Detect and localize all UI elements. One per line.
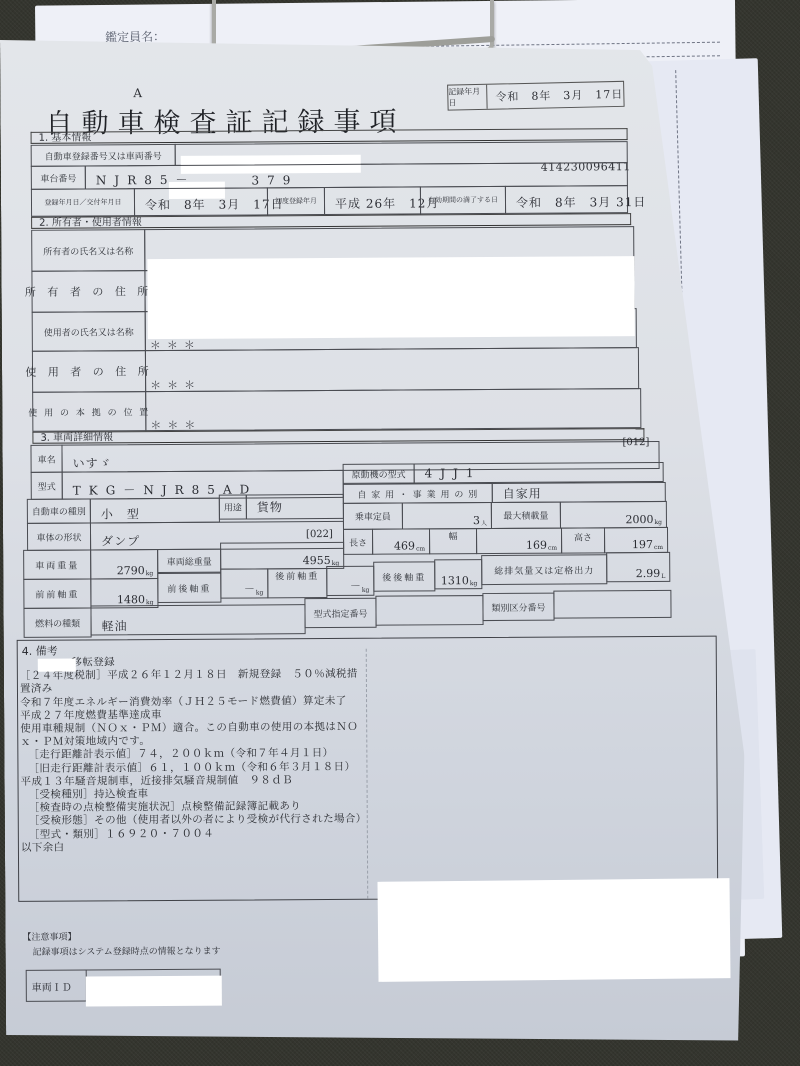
first-registration-label: 初度登録年月 (267, 187, 325, 215)
redacted-vehicle-id (86, 976, 222, 1007)
front-rear-axle-label: 前後軸重 (157, 573, 221, 603)
copy-mark: A (133, 86, 142, 100)
capacity-value: 3人 (402, 502, 492, 530)
redacted-owner-info (147, 256, 634, 339)
redacted-remarks-prefix (38, 659, 76, 672)
user-name-label: 使用者の氏名又は名称 (32, 311, 146, 352)
notes-text: 記録事項はシステム登録時点の情報となります (33, 944, 221, 958)
make-code: [012] (622, 437, 649, 448)
registration-number-label: 自動車登録番号又は車両番号 (31, 144, 176, 167)
owner-name-label: 所有者の氏名又は名称 (31, 229, 145, 272)
purpose-value: 貨物 (246, 494, 344, 520)
height-unit: cm (654, 544, 663, 551)
vehicle-class-value: 小 型 (90, 498, 220, 524)
capacity-label: 乗車定員 (343, 503, 403, 530)
type-designation-value (375, 595, 483, 626)
private-business-value: 自家用 (492, 482, 666, 503)
purpose-label: 用途 (219, 495, 247, 520)
rear-rear-axle-number: 1310 (441, 574, 469, 587)
front-front-axle-value: 1480kg (90, 578, 158, 608)
record-date-value: 令和 8年 3月 17日 (487, 86, 623, 105)
rear-front-axle-unit: kg (362, 587, 370, 594)
max-load-unit: kg (654, 519, 662, 526)
record-date-box: 記録年月日 令和 8年 3月 17日 (447, 81, 625, 111)
registration-date-label: 登録年月日／交付年月日 (31, 188, 135, 217)
capacity-unit: 人 (481, 518, 487, 527)
vehicle-weight-value: 2790kg (90, 549, 158, 579)
model-label: 型式 (31, 472, 63, 500)
max-load-number: 2000 (625, 513, 653, 526)
remarks-line: ［受検形態］その他（使用者以外の者により受検が代行された場合） (21, 813, 367, 828)
vehicle-weight-label: 車両重量 (23, 549, 91, 579)
fuel-label: 燃料の種類 (23, 607, 91, 637)
remarks-box: 4. 備考 ，移転登録［２４年度税制］平成２６年１２月１８日 新規登録 ５０％減… (17, 636, 719, 902)
height-value: 197cm (604, 527, 668, 553)
displacement-value: 2.99L (606, 552, 670, 582)
fuel-value: 軽油 (90, 604, 305, 635)
type-designation-label: 型式指定番号 (304, 598, 376, 628)
engine-model-label: 原動機の型式 (343, 463, 415, 483)
width-label: 幅 (429, 528, 477, 554)
expiry-date-label: 有効期間の満了する日 (420, 186, 506, 215)
length-number: 469 (394, 539, 415, 552)
engine-model-value: 4JJ1 (414, 462, 664, 484)
chassis-number-suffix: 379 (251, 173, 298, 187)
max-load-value: 2000kg (560, 501, 667, 529)
private-business-label: 自 家 用 ・ 事 業 用 の 別 (343, 483, 493, 504)
registration-date-value: 令和 8年 3月 17日 (134, 187, 268, 216)
rear-front-axle-label: 後前軸重 (267, 568, 327, 598)
remarks-line: 令和７年度エネルギー消費効率（ＪＨ２５モード燃費値）算定未了 (20, 694, 366, 709)
rear-rear-axle-value: 1310kg (434, 559, 482, 589)
category-number-label: 類別区分番号 (482, 593, 554, 621)
width-value: 169cm (476, 528, 562, 555)
vehicle-weight-number: 2790 (117, 564, 145, 577)
notes-heading: 【注意事項】 (22, 930, 76, 943)
length-value: 469cm (372, 528, 430, 554)
rear-front-axle-number: － (350, 578, 361, 594)
rear-front-axle-value: －kg (326, 566, 374, 596)
height-label: 高さ (561, 527, 605, 553)
width-number: 169 (526, 539, 547, 552)
front-rear-axle-number: － (244, 580, 255, 596)
remarks-line: ［旧走行距離計表示値］６１，１００ｋｍ（令和６年３月１８日） (20, 760, 366, 775)
remarks-line: 使用車種規制（ＮＯｘ・ＰＭ）適合。この自動車の使用の本拠はＮＯ (20, 721, 366, 736)
remarks-text: ，移転登録［２４年度税制］平成２６年１２月１８日 新規登録 ５０％減税措置済み令… (20, 655, 367, 855)
gross-weight-label: 車両総重量 (157, 549, 221, 573)
vehicle-weight-unit: kg (146, 570, 154, 577)
first-registration-value: 平成 26年 12月 (324, 186, 421, 215)
base-location-label: 使 用 の 本 拠 の 位 置 (32, 391, 146, 432)
remarks-line: 以下余白 (21, 840, 367, 855)
body-shape-label: 車体の形状 (27, 522, 91, 550)
base-location-cell (145, 388, 641, 431)
width-unit: cm (548, 545, 557, 552)
front-front-axle-label: 前前軸重 (23, 578, 91, 608)
record-date-label: 記録年月日 (448, 85, 488, 110)
owner-address-label: 所 有 者 の 住 所 (31, 270, 145, 313)
expiry-date-value: 令和 8年 3月 31日 (505, 185, 628, 214)
user-address-cell (145, 347, 639, 392)
chassis-number-label: 車台番号 (31, 165, 86, 189)
rear-rear-axle-label: 後後軸重 (373, 561, 435, 591)
capacity-number: 3 (473, 514, 480, 527)
vehicle-id-label: 車両ＩＤ (27, 970, 87, 1000)
category-number-value (553, 590, 671, 619)
displacement-unit: L (661, 573, 665, 580)
body-shape-code: [022] (306, 529, 333, 540)
vehicle-class-label: 自動車の種別 (27, 498, 91, 523)
length-unit: cm (416, 545, 425, 552)
rear-rear-axle-unit: kg (470, 580, 478, 587)
make-label: 車名 (30, 445, 62, 473)
user-address-label: 使 用 者 の 住 所 (32, 350, 146, 393)
redacted-stamp-area (377, 878, 730, 982)
displacement-label: 総排気量又は定格出力 (481, 554, 607, 585)
height-number: 197 (632, 538, 653, 551)
max-load-label: 最大積載量 (491, 502, 561, 529)
front-rear-axle-unit: kg (256, 589, 264, 596)
length-label: 長さ (343, 529, 373, 555)
displacement-number: 2.99 (636, 567, 661, 580)
front-rear-axle-value: －kg (220, 568, 268, 598)
